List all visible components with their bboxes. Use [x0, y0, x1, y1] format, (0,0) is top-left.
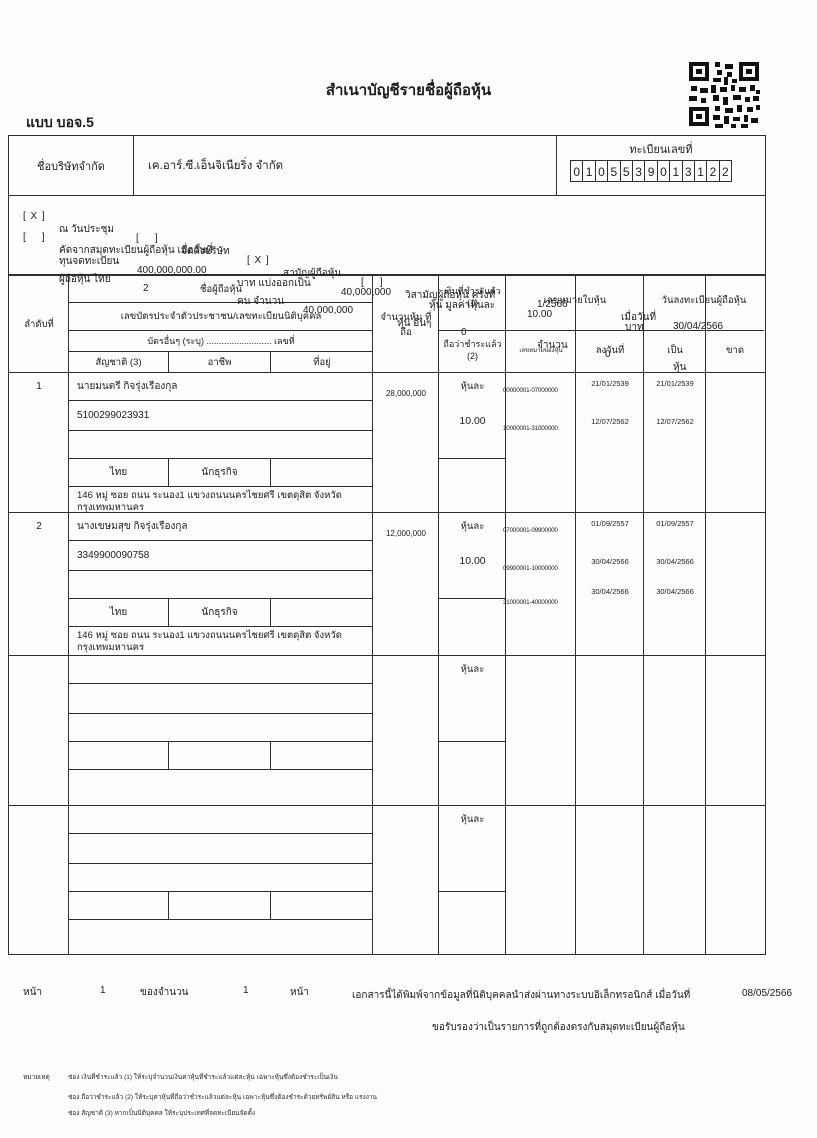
shares-held-value: 28,000,000: [373, 389, 439, 398]
header-address: ที่อยู่: [271, 352, 373, 373]
header-paid-amount: เงินที่ชำระแล้ว (1): [439, 276, 506, 331]
header-deemed-paid: ถือว่าชำระแล้ว (2): [439, 331, 506, 373]
shareholder-name: [69, 806, 373, 834]
paid-per-share-value: 10.00: [439, 415, 506, 427]
paid-per-share-label: หุ้นละ: [439, 519, 506, 534]
shareholder-id: 5100299023931: [69, 401, 373, 431]
company-row: ชื่อบริษัทจำกัด เค.อาร์.ซี.เอ็นจิเนียริ่…: [9, 136, 765, 196]
page-label: หน้า: [23, 985, 42, 1000]
header-nationality: สัญชาติ (3): [69, 352, 169, 373]
shareholder-extra-cell: [271, 599, 373, 627]
header-certificate-number: เลขหมายของหุ้น: [506, 331, 576, 373]
paid-per-share-value: 10.00: [439, 555, 506, 567]
shareholder-detail-block: [69, 656, 373, 805]
shareholder-nationality: ไทย: [69, 599, 169, 627]
shareholder-detail-block: นางเขษมสุข กิจรุ่งเรืองกุล 3349900090758…: [69, 513, 373, 655]
total-pages: 1: [243, 985, 249, 996]
header-shares-held: จำนวนหุ้น ที่ถือ: [373, 276, 439, 373]
shareholder-row: 1 นายมนตรี กิจรุ่งเรืองกุล 5100299023931…: [9, 373, 765, 513]
header-no: ลำดับที่: [9, 276, 69, 373]
header-paid-amount-num: (1): [467, 298, 478, 308]
shareholder-row-empty: หุ้นละ: [9, 806, 765, 958]
header-shareholder-name: ชื่อผู้ถือหุ้น: [69, 276, 373, 303]
company-info-box: ชื่อบริษัทจำกัด เค.อาร์.ซี.เอ็นจิเนียริ่…: [8, 135, 766, 275]
form-code: แบบ บอจ.5: [26, 112, 94, 134]
shareholder-extra-cell: [271, 459, 373, 487]
digit-box: 9: [644, 160, 657, 182]
shareholder-occupation: นักธุรกิจ: [169, 459, 271, 487]
header-registered-in: เป็น: [644, 331, 706, 373]
company-name-label: ชื่อบริษัทจำกัด: [9, 136, 134, 195]
company-name-value: เค.อาร์.ซี.เอ็นจิเนียริ่ง จำกัด: [134, 136, 557, 195]
header-occupation: อาชีพ: [169, 352, 271, 373]
digit-box: 3: [632, 160, 645, 182]
shareholder-extra-cell: [271, 742, 373, 770]
certificate-number-range: 00000001-07000000: [503, 387, 579, 394]
shareholder-address: [69, 921, 373, 923]
shareholder-nationality: ไทย: [69, 459, 169, 487]
shareholder-name: [69, 656, 373, 684]
page-number: 1: [100, 985, 106, 996]
shareholder-name: นางเขษมสุข กิจรุ่งเรืองกุล: [69, 513, 373, 541]
shareholder-other-card: [69, 864, 373, 892]
note-line: ช่อง เงินที่ชำระแล้ว (1) ให้ระบุจำนวนเงิ…: [68, 1072, 338, 1082]
registration-digit-boxes: 0 1 0 5 5 3 9 0 1 3 1 2 2: [571, 160, 732, 182]
shareholder-address: 146 หมู่ ซอย ถนน ระนอง1 แขวงถนนนครไชยศรี…: [69, 628, 373, 654]
qr-code-icon: [687, 60, 761, 135]
digit-box: 2: [706, 160, 719, 182]
header-certificate-date: ลงวันที่: [576, 331, 644, 373]
printed-from-system-text: เอกสารนี้ได้พิมพ์จากข้อมูลที่นิติบุคคลนำ…: [352, 988, 690, 1003]
digit-box: 1: [582, 160, 595, 182]
registered-in-date: 12/07/2562: [644, 417, 706, 426]
registered-in-date: 21/01/2539: [644, 379, 706, 388]
shareholder-address: [69, 771, 373, 773]
certificate-date: 12/07/2562: [576, 417, 644, 426]
digit-box: 5: [620, 160, 633, 182]
shareholder-id: [69, 834, 373, 864]
of-total-label: ของจำนวน: [140, 985, 189, 1000]
paid-cell: หุ้นละ 10.00: [439, 373, 506, 459]
digit-box: 0: [570, 160, 583, 182]
shareholder-nationality: [69, 742, 169, 770]
digit-box: 2: [719, 160, 732, 182]
shareholder-detail-block: นายมนตรี กิจรุ่งเรืองกุล 5100299023931 ไ…: [69, 373, 373, 512]
shareholder-id: [69, 684, 373, 714]
shareholder-row-empty: หุ้นละ: [9, 656, 765, 806]
shareholder-row: 2 นางเขษมสุข กิจรุ่งเรืองกุล 33499000907…: [9, 513, 765, 656]
note-line: ช่อง สัญชาติ (3) หากเป็นนิติบุคคล ให้ระบ…: [68, 1108, 255, 1118]
registered-in-date: 30/04/2566: [644, 557, 706, 566]
certificate-number-range: 09900001-10000000: [503, 565, 579, 572]
paid-per-share-label: หุ้นละ: [439, 379, 506, 394]
notes-label: หมายเหตุ: [23, 1072, 50, 1082]
paid-per-share-label: หุ้นละ: [439, 662, 506, 677]
shareholder-other-card: [69, 714, 373, 742]
page-unit-label: หน้า: [290, 985, 309, 1000]
shareholder-id: 3349900090758: [69, 541, 373, 571]
header-deemed-paid-num: (2): [467, 351, 478, 361]
shareholder-name: นายมนตรี กิจรุ่งเรืองกุล: [69, 373, 373, 401]
digit-box: 1: [669, 160, 682, 182]
header-deemed-paid-text: ถือว่าชำระแล้ว: [443, 339, 501, 349]
shareholder-other-card: [69, 431, 373, 459]
shareholder-occupation: [169, 742, 271, 770]
registration-number-label: ทะเบียนเลขที่: [557, 140, 765, 158]
header-other-card: บัตรอื่นๆ (ระบุ) .......................…: [69, 331, 373, 352]
shareholder-other-card: [69, 571, 373, 599]
note-line: ช่อง ถือว่าชำระแล้ว (2) ให้ระบุค่าหุ้นที…: [68, 1092, 377, 1102]
paid-cell: หุ้นละ: [439, 806, 506, 892]
shareholder-extra-cell: [271, 892, 373, 920]
meeting-info-section: [ X ] ณ วันประชุม [ ] จัดตั้งบริษัท [ X …: [9, 196, 765, 276]
header-paid-amount-text: เงินที่ชำระแล้ว: [444, 286, 501, 296]
digit-box: 0: [595, 160, 608, 182]
shareholders-table: ลำดับที่ ชื่อผู้ถือหุ้น เลขบัตรประจำตัวป…: [8, 275, 766, 955]
registered-in-date: 30/04/2566: [644, 587, 706, 596]
certification-text: ขอรับรองว่าเป็นรายการที่ถูกต้องตรงกับสมุ…: [432, 1020, 685, 1035]
shareholder-address: 146 หมู่ ซอย ถนน ระนอง1 แขวงถนนนครไชยศรี…: [69, 488, 373, 514]
digit-box: 3: [682, 160, 695, 182]
registration-area: ทะเบียนเลขที่ 0 1 0 5 5 3 9 0 1 3 1 2 2: [557, 136, 765, 195]
certificate-number-range: 10000001-31000000: [503, 425, 579, 432]
paid-cell: หุ้นละ: [439, 656, 506, 742]
row-number: 1: [9, 381, 69, 392]
registered-in-date: 01/09/2557: [644, 519, 706, 528]
scanned-form-boj5: แบบ บอจ.5 สำเนาบัญชีรายชื่อผู้ถือหุ้น: [0, 0, 817, 1138]
header-registered-out: ขาด: [706, 331, 764, 373]
certificate-number-range: 31000001-40000000: [503, 599, 579, 606]
certificate-date: 30/04/2566: [576, 587, 644, 596]
printed-date: 08/05/2566: [742, 988, 792, 999]
shares-held-value: 12,000,000: [373, 529, 439, 538]
digit-box: 0: [657, 160, 670, 182]
row-number: 2: [9, 521, 69, 532]
paid-cell: หุ้นละ 10.00: [439, 513, 506, 599]
checkbox-copy-register: [ ]: [23, 232, 46, 243]
header-registration-group: วันลงทะเบียนผู้ถือหุ้น: [644, 276, 764, 331]
paid-per-share-label: หุ้นละ: [439, 812, 506, 827]
header-id-number: เลขบัตรประจำตัวประชาชน/เลขทะเบียนนิติบุค…: [69, 303, 373, 331]
certificate-date: 30/04/2566: [576, 557, 644, 566]
certificate-date: 21/01/2539: [576, 379, 644, 388]
table-header: ลำดับที่ ชื่อผู้ถือหุ้น เลขบัตรประจำตัวป…: [9, 276, 765, 373]
digit-box: 1: [694, 160, 707, 182]
digit-box: 5: [607, 160, 620, 182]
shareholder-occupation: [169, 892, 271, 920]
certificate-date: 01/09/2557: [576, 519, 644, 528]
shareholder-nationality: [69, 892, 169, 920]
shareholder-detail-block: [69, 806, 373, 958]
certificate-number-range: 07000001-09900000: [503, 527, 579, 534]
header-certificate-group: เลขหมายใบหุ้น: [506, 276, 644, 331]
shareholder-occupation: นักธุรกิจ: [169, 599, 271, 627]
